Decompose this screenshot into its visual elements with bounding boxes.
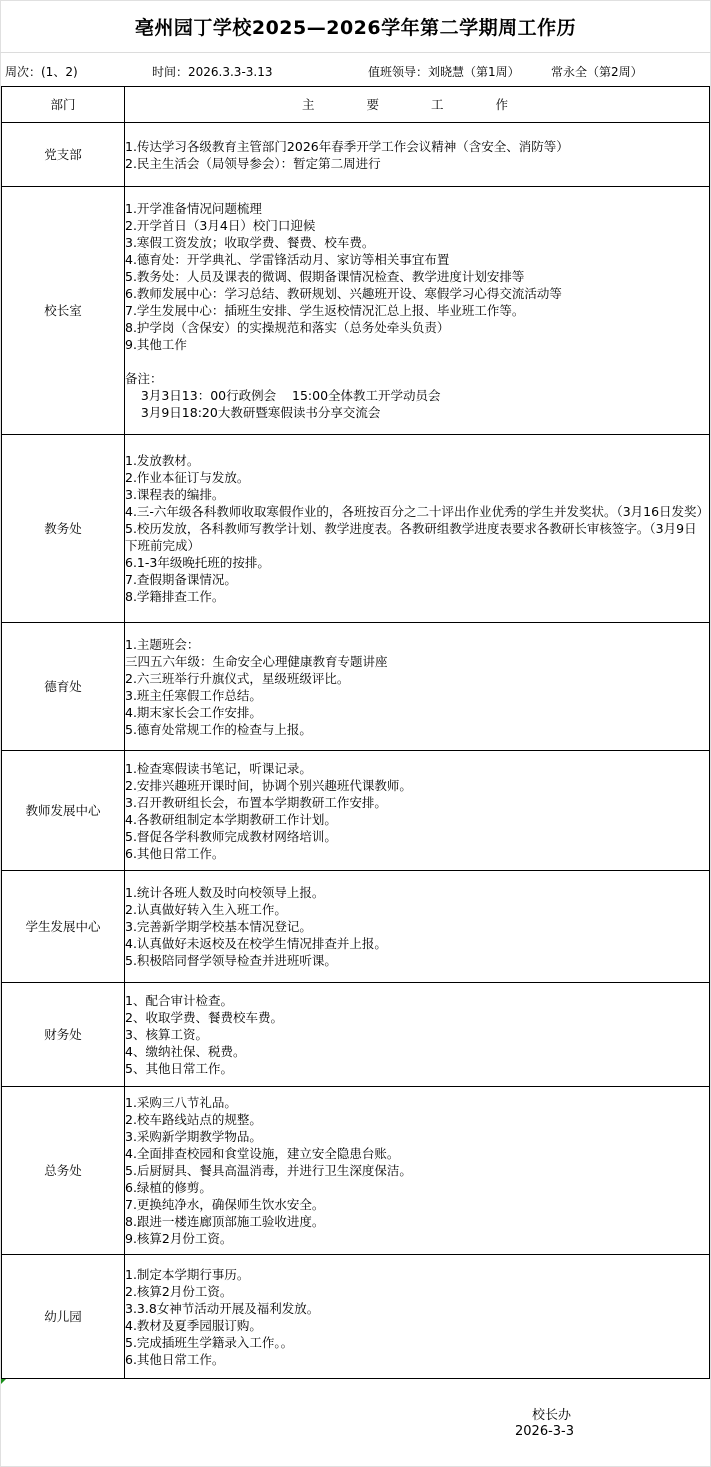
- work-item: 5.完成插班生学籍录入工作。。: [125, 1334, 709, 1351]
- work-item: 6.其他日常工作。: [125, 1351, 709, 1368]
- table-row: 教师发展中心1.检查寒假读书笔记，听课记录。2.安排兴趣班开课时间，协调个别兴趣…: [2, 751, 710, 871]
- work-item: 3.采购新学期教学物品。: [125, 1128, 709, 1145]
- work-item: 3.寒假工资发放；收取学费、餐费、校车费。: [125, 234, 709, 251]
- work-item: 5.校历发放，各科教师写教学计划、教学进度表。各教研组教学进度表要求各教研长审核…: [125, 520, 709, 554]
- work-item: [125, 353, 709, 370]
- table-row: 校长室1.开学准备情况问题梳理2.开学首日（3月4日）校门口迎候3.寒假工资发放…: [2, 187, 710, 435]
- footer-date: 2026-3-3: [515, 1424, 574, 1439]
- work-item: 8.护学岗（含保安）的实操规范和落实（总务处牵头负责）: [125, 319, 709, 336]
- work-item: 5.积极陪同督学领导检查并进班听课。: [125, 952, 709, 969]
- work-item: 2.民主生活会（局领导参会）：暂定第二周进行: [125, 155, 709, 172]
- work-item: 3月9日18:20大教研暨寒假读书分享交流会: [125, 404, 709, 421]
- work-item: 1.发放教材。: [125, 452, 709, 469]
- footer-office: 校长办: [532, 1404, 571, 1423]
- work-cell: 1.检查寒假读书笔记，听课记录。2.安排兴趣班开课时间，协调个别兴趣班代课教师。…: [125, 751, 710, 871]
- table-row: 党支部1.传达学习各级教育主管部门2026年春季开学工作会议精神（含安全、消防等…: [2, 123, 710, 187]
- work-cell: 1.发放教材。2.作业本征订与发放。3.课程表的编排。4.三-六年级各科教师收取…: [125, 435, 710, 623]
- work-item: 6.教师发展中心：学习总结、教研规划、兴趣班开设、寒假学习心得交流活动等: [125, 285, 709, 302]
- work-cell: 1.制定本学期行事历。2.核算2月份工资。3.3.8女神节活动开展及福利发放。4…: [125, 1255, 710, 1379]
- dept-cell: 幼儿园: [2, 1255, 125, 1379]
- work-item: 3月3日13：00行政例会 15:00全体教工开学动员会: [125, 387, 709, 404]
- work-item: 4.教材及夏季园服订购。: [125, 1317, 709, 1334]
- dept-cell: 财务处: [2, 983, 125, 1087]
- work-item: 5.督促各学科教师完成教材网络培训。: [125, 828, 709, 845]
- work-item: 3.3.8女神节活动开展及福利发放。: [125, 1300, 709, 1317]
- time-info: 时间：2026.3.3-3.13: [152, 63, 273, 80]
- work-item: 6.1-3年级晚托班的按排。: [125, 554, 709, 571]
- work-item: 8.跟进一楼连廊顶部施工验收进度。: [125, 1213, 709, 1230]
- work-item: 4.期末家长会工作安排。: [125, 704, 709, 721]
- work-item: 1.采购三八节礼品。: [125, 1094, 709, 1111]
- work-item: 2.认真做好转入生入班工作。: [125, 901, 709, 918]
- work-item: 4.各教研组制定本学期教研工作计划。: [125, 811, 709, 828]
- work-item: 2、收取学费、餐费校车费。: [125, 1009, 709, 1026]
- page-title: 亳州园丁学校2025—2026学年第二学期周工作历: [135, 13, 576, 40]
- table-row: 教务处1.发放教材。2.作业本征订与发放。3.课程表的编排。4.三-六年级各科教…: [2, 435, 710, 623]
- work-item: 3.完善新学期学校基本情况登记。: [125, 918, 709, 935]
- work-cell: 1.统计各班人数及时向校领导上报。2.认真做好转入生入班工作。3.完善新学期学校…: [125, 871, 710, 983]
- dept-cell: 教务处: [2, 435, 125, 623]
- work-item: 5、其他日常工作。: [125, 1060, 709, 1077]
- work-item: 6.绿植的修剪。: [125, 1179, 709, 1196]
- work-item: 3.召开教研组长会，布置本学期教研工作安排。: [125, 794, 709, 811]
- work-item: 7.学生发展中心：插班生安排、学生返校情况汇总上报、毕业班工作等。: [125, 302, 709, 319]
- work-item: 2.核算2月份工资。: [125, 1283, 709, 1300]
- work-item: 3.课程表的编排。: [125, 486, 709, 503]
- work-item: 2.六三班举行升旗仪式，星级班级评比。: [125, 670, 709, 687]
- work-item: 7.更换纯净水，确保师生饮水安全。: [125, 1196, 709, 1213]
- work-item: 备注：: [125, 370, 709, 387]
- table-header-row: 部门 主 要 工 作: [2, 87, 710, 123]
- table-row: 总务处1.采购三八节礼品。2.校车路线站点的规整。3.采购新学期教学物品。4.全…: [2, 1087, 710, 1255]
- work-cell: 1.主题班会：三四五六年级：生命安全心理健康教育专题讲座2.六三班举行升旗仪式，…: [125, 623, 710, 751]
- dept-cell: 德育处: [2, 623, 125, 751]
- work-item: 9.其他工作: [125, 336, 709, 353]
- dept-cell: 教师发展中心: [2, 751, 125, 871]
- work-cell: 1、配合审计检查。2、收取学费、餐费校车费。3、核算工资。4、缴纳社保、税费。5…: [125, 983, 710, 1087]
- header-work: 主 要 工 作: [125, 87, 710, 123]
- work-item: 6.其他日常工作。: [125, 845, 709, 862]
- work-item: 2.开学首日（3月4日）校门口迎候: [125, 217, 709, 234]
- work-item: 4.认真做好未返校及在校学生情况排查并上报。: [125, 935, 709, 952]
- dept-cell: 学生发展中心: [2, 871, 125, 983]
- work-item: 1.主题班会：: [125, 636, 709, 653]
- work-item: 1.传达学习各级教育主管部门2026年春季开学工作会议精神（含安全、消防等）: [125, 138, 709, 155]
- work-item: 1、配合审计检查。: [125, 992, 709, 1009]
- header-dept: 部门: [2, 87, 125, 123]
- table-row: 幼儿园1.制定本学期行事历。2.核算2月份工资。3.3.8女神节活动开展及福利发…: [2, 1255, 710, 1379]
- work-item: 4、缴纳社保、税费。: [125, 1043, 709, 1060]
- week-info: 周次：(1、2): [5, 63, 78, 80]
- work-item: 1.制定本学期行事历。: [125, 1266, 709, 1283]
- work-cell: 1.传达学习各级教育主管部门2026年春季开学工作会议精神（含安全、消防等）2.…: [125, 123, 710, 187]
- dept-cell: 总务处: [2, 1087, 125, 1255]
- work-item: 4.全面排查校园和食堂设施，建立安全隐患台账。: [125, 1145, 709, 1162]
- table-row: 学生发展中心1.统计各班人数及时向校领导上报。2.认真做好转入生入班工作。3.完…: [2, 871, 710, 983]
- duty-leader-2-info: 常永全（第2周）: [551, 63, 643, 80]
- work-item: 4.德育处：开学典礼、学雷锋活动月、家访等相关事宜布置: [125, 251, 709, 268]
- work-item: 7.查假期备课情况。: [125, 571, 709, 588]
- work-item: 3、核算工资。: [125, 1026, 709, 1043]
- work-item: 5.教务处：人员及课表的微调、假期备课情况检查、教学进度计划安排等: [125, 268, 709, 285]
- work-cell: 1.开学准备情况问题梳理2.开学首日（3月4日）校门口迎候3.寒假工资发放；收取…: [125, 187, 710, 435]
- duty-leader-info: 值班领导：刘晓慧（第1周）: [368, 63, 520, 80]
- work-item: 9.核算2月份工资。: [125, 1230, 709, 1247]
- info-row: 周次：(1、2) 时间：2026.3.3-3.13 值班领导：刘晓慧（第1周） …: [0, 53, 711, 86]
- title-row: 亳州园丁学校2025—2026学年第二学期周工作历: [0, 0, 711, 53]
- work-item: 1.开学准备情况问题梳理: [125, 200, 709, 217]
- work-item: 2.作业本征订与发放。: [125, 469, 709, 486]
- dept-cell: 党支部: [2, 123, 125, 187]
- table-row: 财务处1、配合审计检查。2、收取学费、餐费校车费。3、核算工资。4、缴纳社保、税…: [2, 983, 710, 1087]
- work-item: 1.统计各班人数及时向校领导上报。: [125, 884, 709, 901]
- work-cell: 1.采购三八节礼品。2.校车路线站点的规整。3.采购新学期教学物品。4.全面排查…: [125, 1087, 710, 1255]
- work-item: 5.后厨厨具、餐具高温消毒，并进行卫生深度保洁。: [125, 1162, 709, 1179]
- work-item: 1.检查寒假读书笔记，听课记录。: [125, 760, 709, 777]
- work-item: 2.校车路线站点的规整。: [125, 1111, 709, 1128]
- work-item: 8.学籍排查工作。: [125, 588, 709, 605]
- work-item: 三四五六年级：生命安全心理健康教育专题讲座: [125, 653, 709, 670]
- dept-cell: 校长室: [2, 187, 125, 435]
- work-item: 2.安排兴趣班开课时间，协调个别兴趣班代课教师。: [125, 777, 709, 794]
- work-item: 5.德育处常规工作的检查与上报。: [125, 721, 709, 738]
- work-schedule-table: 部门 主 要 工 作 党支部1.传达学习各级教育主管部门2026年春季开学工作会…: [1, 86, 710, 1379]
- table-row: 德育处1.主题班会：三四五六年级：生命安全心理健康教育专题讲座2.六三班举行升旗…: [2, 623, 710, 751]
- work-item: 3.班主任寒假工作总结。: [125, 687, 709, 704]
- footer: 校长办 2026-3-3: [0, 1379, 711, 1467]
- work-item: 4.三-六年级各科教师收取寒假作业的，各班按百分之二十评出作业优秀的学生并发奖状…: [125, 503, 709, 520]
